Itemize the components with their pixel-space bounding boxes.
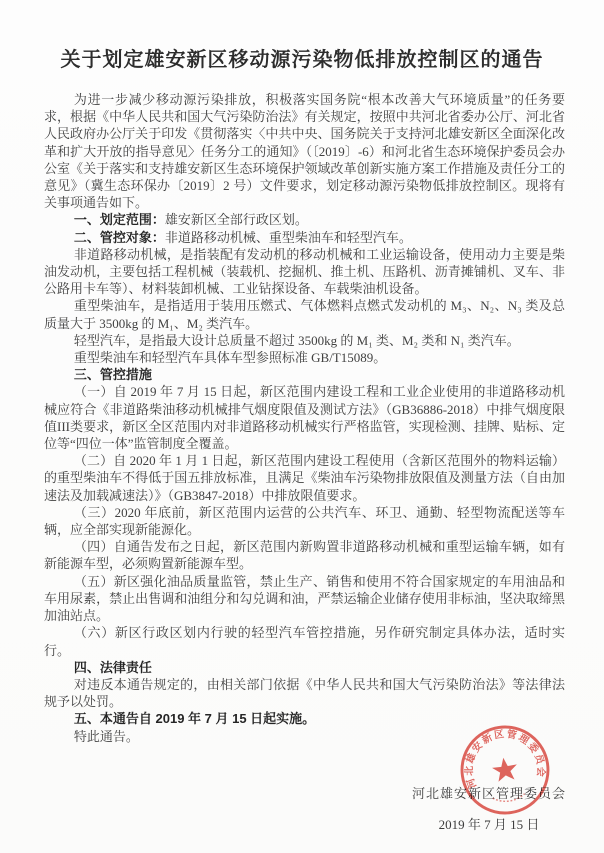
definition-standard-ref: 重型柴油车和轻型汽车具体车型参照标准 GB/T15089。	[44, 349, 565, 366]
measure-4: （四）自通告发布之日起，新区范围内新购置非道路移动机械和重型运输车辆，如有新能源…	[44, 538, 565, 572]
definition-light-vehicle: 轻型汽车，是指最大设计总质量不超过 3500kg 的 M₁ 类、M₂ 类和 N₁…	[44, 332, 565, 349]
seal-text: 河北雄安新区管理委员会	[456, 722, 549, 791]
star-icon	[491, 756, 519, 782]
definition-heavy-diesel: 重型柴油车，是指适用于装用压燃式、气体燃料点燃式发动机的 M₃、N₂、N₃ 类及…	[44, 297, 565, 331]
document-page: 关于划定雄安新区移动源污染物低排放控制区的通告 为进一步减少移动源污染排放，积极…	[0, 0, 604, 853]
section-4-heading: 四、法律责任	[44, 659, 565, 676]
section-2-targets: 二、管控对象：非道路移动机械、重型柴油车和轻型汽车。	[44, 229, 565, 246]
section-1-label: 一、划定范围：	[74, 212, 165, 227]
document-title: 关于划定雄安新区移动源污染物低排放控制区的通告	[40, 46, 564, 74]
section-2-text: 非道路移动机械、重型柴油车和轻型汽车。	[165, 230, 412, 245]
seal-serial-marks	[493, 794, 525, 804]
section-3-heading: 三、管控措施	[44, 366, 565, 383]
paragraph-intro: 为进一步减少移动源污染排放，积极落实国务院“根本改善大气环境质量”的任务要求，根…	[44, 91, 565, 211]
measure-6: （六）新区行政区划内行驶的轻型汽车管控措施，另作研究制定具体办法，适时实行。	[44, 624, 565, 658]
measure-3: （三）2020 年底前，新区范围内运营的公共汽车、环卫、通勤、轻型物流配送等车辆…	[44, 504, 565, 538]
section-2-label: 二、管控对象：	[74, 230, 165, 245]
svg-text:河北雄安新区管理委员会: 河北雄安新区管理委员会	[456, 722, 549, 791]
official-seal: 河北雄安新区管理委员会	[447, 712, 562, 827]
measure-5: （五）新区强化油品质量监管，禁止生产、销售和使用不符合国家规定的车用油品和车用尿…	[44, 573, 565, 625]
measure-2: （二）自 2020 年 1 月 1 日起，新区范围内建设工程使用（含新区范围外的…	[44, 452, 565, 504]
document-body: 为进一步减少移动源污染排放，积极落实国务院“根本改善大气环境质量”的任务要求，根…	[0, 91, 604, 745]
definition-nonroad-machinery: 非道路移动机械，是指装配有发动机的移动机械和工业运输设备，使用动力主要是柴油发动…	[44, 246, 565, 298]
paragraph-legal: 对违反本通告规定的，由相关部门依据《中华人民共和国大气污染防治法》等法律法规予以…	[44, 676, 565, 710]
section-1-text: 雄安新区全部行政区划。	[165, 212, 308, 227]
measure-1: （一）自 2019 年 7 月 15 日起，新区范围内建设工程和工业企业使用的非…	[44, 383, 565, 452]
section-1-scope: 一、划定范围：雄安新区全部行政区划。	[44, 211, 565, 228]
